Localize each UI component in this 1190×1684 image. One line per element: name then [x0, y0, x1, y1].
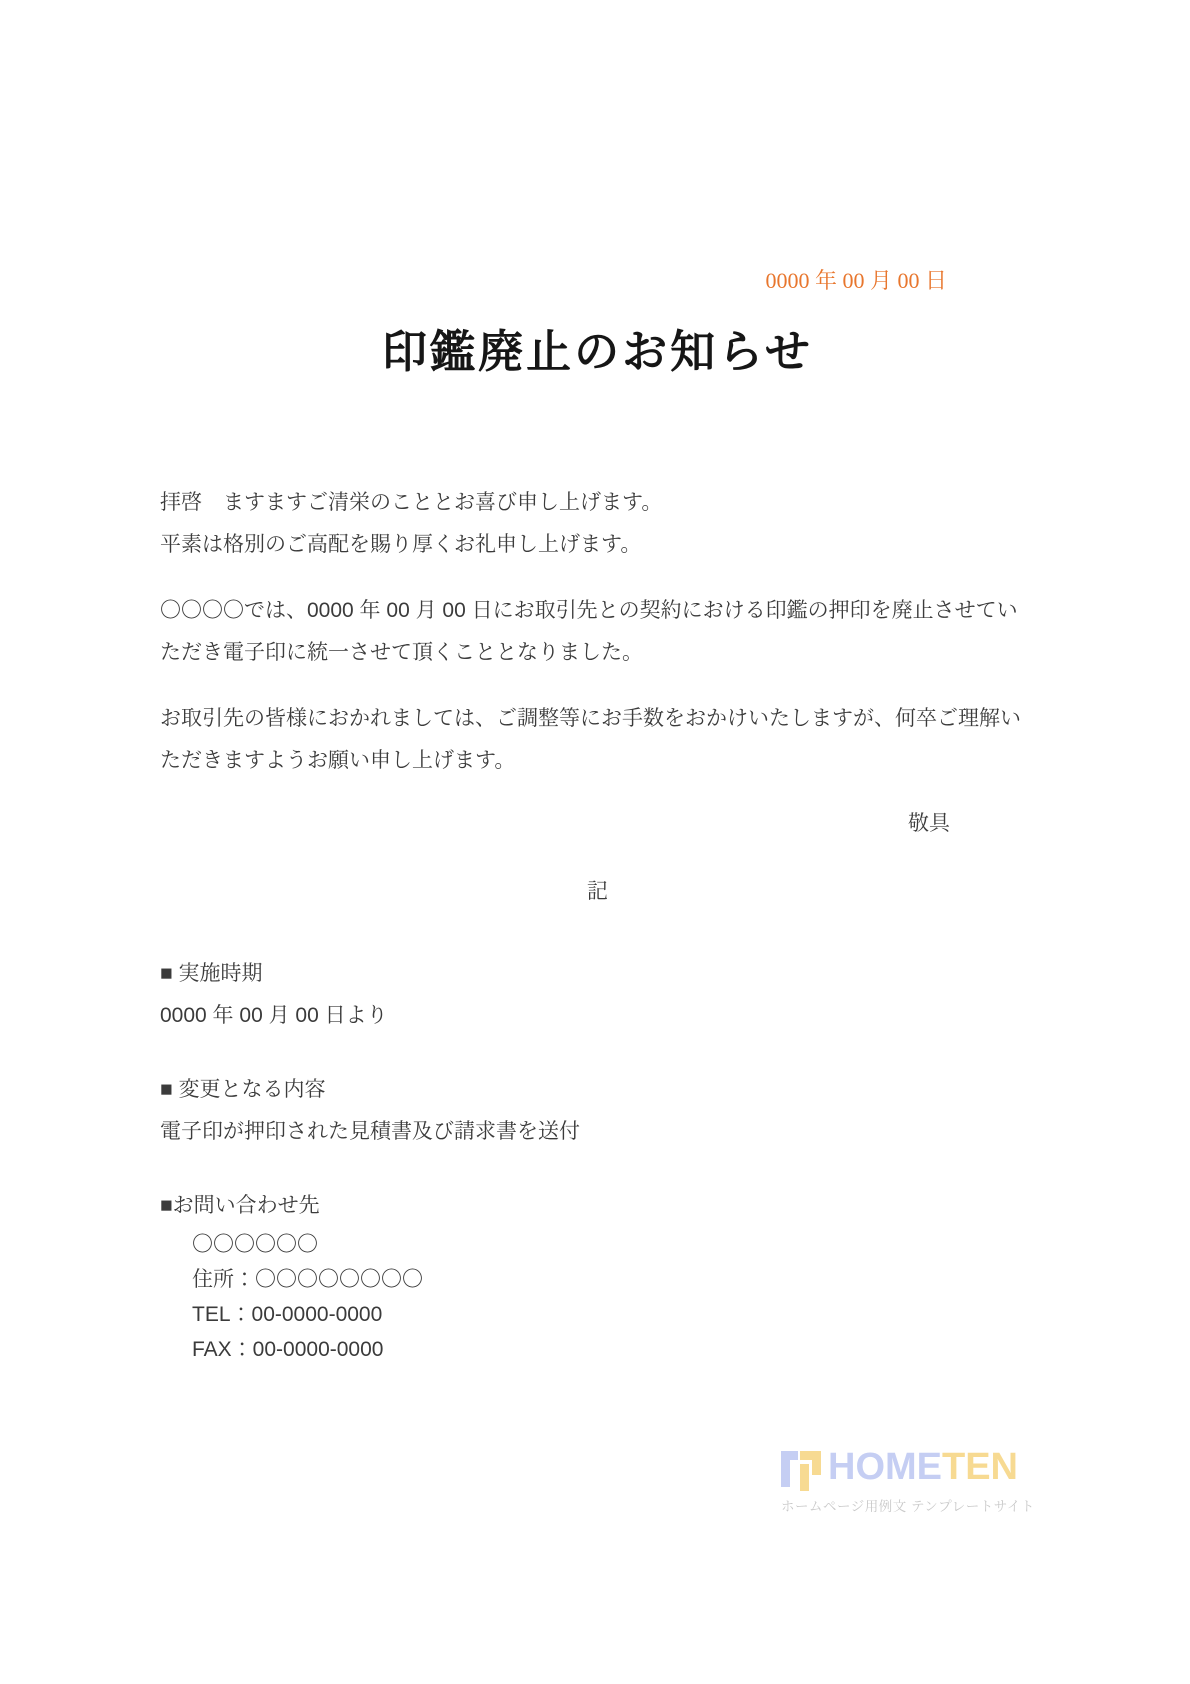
logo-text-ten: TEN: [942, 1446, 1018, 1488]
logo-tagline: ホームページ用例文 テンプレートサイト: [781, 1495, 1021, 1515]
body-paragraph-1: 〇〇〇〇では、0000 年 00 月 00 日にお取引先との契約における印鑑の押…: [160, 590, 1035, 674]
contact-address: 住所：〇〇〇〇〇〇〇〇: [192, 1262, 1035, 1297]
contact-tel: TEL：00-0000-0000: [192, 1297, 1035, 1332]
section-body-changes: 電子印が押印された見積書及び請求書を送付: [160, 1111, 1035, 1153]
record-marker: 記: [160, 871, 1035, 913]
document-date: 0000 年 00 月 00 日: [160, 266, 1035, 296]
contact-fax: FAX：00-0000-0000: [192, 1332, 1035, 1367]
contact-company: 〇〇〇〇〇〇: [192, 1227, 1035, 1262]
logo-row: HOMETEN: [781, 1447, 1021, 1491]
section-heading-contact: ■お問い合わせ先: [160, 1185, 1035, 1227]
section-heading-changes: ■ 変更となる内容: [160, 1069, 1035, 1111]
document-page: 0000 年 00 月 00 日 印鑑廃止のお知らせ 拝啓 ますますご清栄のこと…: [0, 0, 1190, 1684]
hometen-logo-icon: [781, 1447, 821, 1491]
section-heading-timing: ■ 実施時期: [160, 953, 1035, 995]
footer-logo: HOMETEN ホームページ用例文 テンプレートサイト: [781, 1447, 1021, 1515]
contact-block: 〇〇〇〇〇〇 住所：〇〇〇〇〇〇〇〇 TEL：00-0000-0000 FAX：…: [160, 1227, 1035, 1367]
greeting-line-2: 平素は格別のご高配を賜り厚くお礼申し上げます。: [160, 524, 1035, 566]
logo-wordmark: HOMETEN: [828, 1447, 1018, 1487]
greeting-block: 拝啓 ますますご清栄のこととお喜び申し上げます。 平素は格別のご高配を賜り厚くお…: [160, 482, 1035, 566]
logo-text-home: HOME: [828, 1446, 942, 1488]
document-title: 印鑑廃止のお知らせ: [160, 322, 1035, 382]
closing-word: 敬具: [160, 803, 1035, 845]
section-body-timing: 0000 年 00 月 00 日より: [160, 995, 1035, 1037]
greeting-line-1: 拝啓 ますますご清栄のこととお喜び申し上げます。: [160, 482, 1035, 524]
body-paragraph-2: お取引先の皆様におかれましては、ご調整等にお手数をおかけいたしますが、何卒ご理解…: [160, 698, 1035, 782]
document-content: 0000 年 00 月 00 日 印鑑廃止のお知らせ 拝啓 ますますご清栄のこと…: [160, 0, 1035, 1367]
